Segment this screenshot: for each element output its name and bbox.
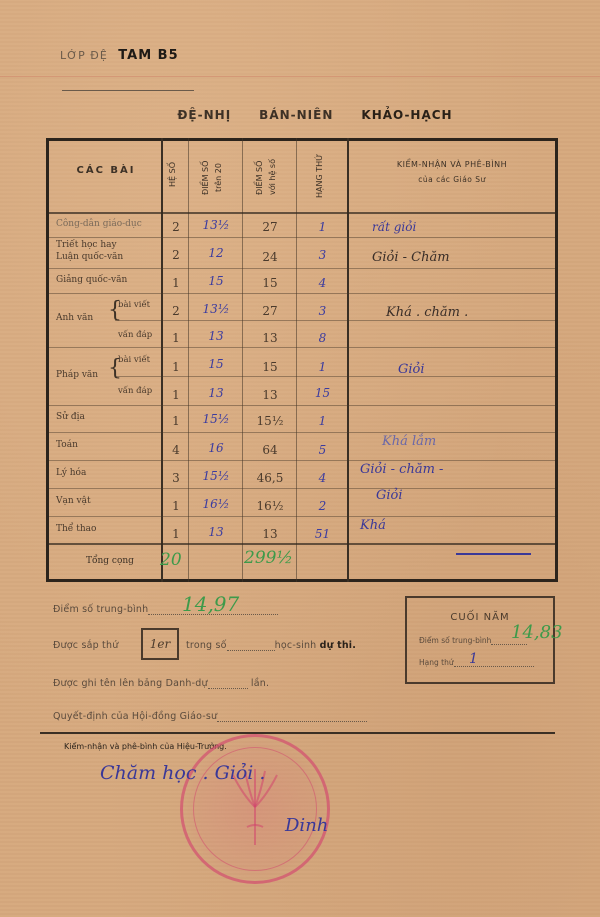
- teacher-comment: Giỏi - chăm -: [360, 462, 443, 477]
- weighted-cell: 64: [246, 443, 294, 457]
- score-cell: 13: [192, 525, 240, 539]
- total-coefficient: 20: [160, 550, 182, 570]
- year-end-rank-value: 1: [469, 651, 478, 667]
- coef-cell: 2: [166, 248, 186, 262]
- title-part: KHẢO-HẠCH: [361, 108, 452, 122]
- class-value: TAM B5: [118, 48, 178, 63]
- weighted-cell: 13: [246, 331, 294, 345]
- coef-cell: 1: [166, 388, 186, 402]
- title-part: ĐỆ-NHỊ: [177, 108, 231, 122]
- score-cell: 13: [192, 329, 240, 343]
- council-label: Quyết-định của Hội-đồng Giáo-sư: [53, 711, 217, 722]
- row-divider: [49, 237, 555, 238]
- council-line: Quyết-định của Hội-đồng Giáo-sư: [53, 711, 367, 722]
- coef-cell: 1: [166, 499, 186, 513]
- page-title: ĐỆ-NHỊ BÁN-NIÊN KHẢO-HẠCH: [150, 108, 480, 122]
- council-blank: [217, 712, 367, 722]
- coef-cell: 1: [166, 527, 186, 541]
- weighted-cell: 24: [246, 250, 294, 264]
- ranked-line: trong sốhọc-sinh dự thi.: [186, 640, 356, 651]
- ranked-blank: [227, 641, 275, 651]
- teacher-comment: Giỏi: [376, 488, 403, 503]
- coef-cell: 1: [166, 331, 186, 345]
- ranked-suffix-bold: dự thi.: [320, 640, 356, 651]
- rank-cell: 1: [300, 360, 345, 374]
- row-divider: [49, 432, 555, 433]
- class-line: LỚP ĐỆ TAM B5: [60, 48, 179, 63]
- total-weighted: 299½: [244, 548, 293, 568]
- weighted-cell: 27: [246, 304, 294, 318]
- average-label: Điểm số trung-bình: [53, 604, 148, 615]
- score-cell: 15: [192, 357, 240, 371]
- coef-cell: 1: [166, 276, 186, 290]
- honor-label: Được ghi tên lên bảng Danh-dự: [53, 678, 208, 689]
- score-cell: 15½: [192, 469, 240, 483]
- weighted-cell: 16½: [246, 499, 294, 513]
- honor-line: Được ghi tên lên bảng Danh-dự lần.: [53, 678, 269, 689]
- ranked-suffix: học-sinh: [275, 640, 317, 651]
- weighted-cell: 13: [246, 388, 294, 402]
- row-divider: [115, 320, 555, 321]
- score-cell: 13: [192, 386, 240, 400]
- coef-cell: 2: [166, 220, 186, 234]
- ranked-among: trong số: [186, 640, 227, 651]
- rank-cell: 51: [300, 527, 345, 541]
- weighted-cell: 15: [246, 276, 294, 290]
- year-end-rank-label: Hạng thứ: [419, 658, 454, 667]
- year-end-average-value: 14,83: [511, 622, 563, 643]
- title-part: BÁN-NIÊN: [259, 108, 333, 122]
- header-divider: [49, 212, 555, 214]
- year-end-rank-blank: [454, 659, 534, 667]
- score-cell: 16½: [192, 497, 240, 511]
- coef-cell: 4: [166, 443, 186, 457]
- subject-label: Lý hóa: [56, 468, 86, 478]
- score-cell: 15: [192, 274, 240, 288]
- blank-rule: [62, 90, 194, 91]
- rank-cell: 2: [300, 499, 345, 513]
- subject-part: bài viết: [118, 355, 150, 365]
- subject-label: Luận quốc-văn: [56, 252, 123, 262]
- rank-cell: 1: [300, 414, 345, 428]
- score-cell: 13½: [192, 302, 240, 316]
- rank-cell: 5: [300, 443, 345, 457]
- coef-cell: 2: [166, 304, 186, 318]
- principal-signature: Dinh: [285, 815, 328, 836]
- rank-cell: 4: [300, 276, 345, 290]
- teacher-comment: Khá: [360, 518, 386, 533]
- signature-underline: [456, 553, 531, 555]
- header-score: ĐIỂM SỐ: [201, 150, 211, 205]
- rank-cell: 1: [300, 220, 345, 234]
- header-subject: CÁC BÀI: [52, 165, 160, 176]
- header-weighted-sub: với hệ số: [268, 150, 278, 205]
- header-coefficient: HỆ SỐ: [168, 150, 178, 200]
- coef-cell: 3: [166, 471, 186, 485]
- subject-label: Toán: [56, 440, 78, 450]
- row-divider: [49, 268, 555, 269]
- class-label: LỚP ĐỆ: [60, 49, 108, 62]
- rank-cell: 3: [300, 248, 345, 262]
- row-divider: [49, 543, 555, 545]
- subject-part: vấn đáp: [118, 330, 152, 340]
- rank-cell: 3: [300, 304, 345, 318]
- teacher-comment: Giỏi: [398, 362, 425, 377]
- subject-label: Giảng quốc-văn: [56, 275, 127, 285]
- subject-part: vấn đáp: [118, 386, 152, 396]
- score-cell: 15½: [192, 412, 240, 426]
- coef-cell: 1: [166, 360, 186, 374]
- subject-label: Vạn vật: [56, 496, 91, 506]
- row-divider: [49, 405, 555, 406]
- subject-label: Công-dân giáo-dục: [56, 219, 142, 229]
- average-value: 14,97: [182, 592, 239, 616]
- year-end-box: CUỐI NĂM Điểm số trung-bình 14,83 Hạng t…: [405, 596, 555, 684]
- weighted-cell: 46,5: [246, 471, 294, 485]
- score-cell: 13½: [192, 218, 240, 232]
- rank-cell: 15: [300, 386, 345, 400]
- ranked-value: 1er: [141, 628, 179, 660]
- row-divider: [49, 460, 555, 461]
- rank-cell: 8: [300, 331, 345, 345]
- subject-label: Anh văn: [56, 313, 93, 323]
- principal-comment: Chăm học . Giỏi .: [100, 762, 265, 784]
- header-comments-title: KIỂM-NHẬN VÀ PHÊ-BÌNH: [397, 160, 507, 169]
- header-weighted: ĐIỂM SỐ: [255, 150, 265, 205]
- weighted-cell: 15½: [246, 414, 294, 428]
- year-end-average-label: Điểm số trung-bình: [419, 636, 491, 645]
- coef-cell: 1: [166, 414, 186, 428]
- subject-label: Triết học hay: [56, 240, 117, 250]
- teacher-comment: Giỏi - Chăm: [372, 250, 450, 265]
- row-divider: [115, 376, 555, 377]
- row-divider: [49, 293, 555, 294]
- teacher-comment: rất giỏi: [372, 220, 416, 234]
- teacher-comment: Khá . chăm .: [386, 305, 468, 320]
- average-line: Điểm số trung-bình: [53, 604, 278, 615]
- section-divider: [40, 732, 555, 734]
- row-divider: [49, 347, 555, 348]
- weighted-cell: 13: [246, 527, 294, 541]
- subject-label: Thể thao: [56, 524, 96, 534]
- total-label: Tổng cọng: [86, 556, 134, 566]
- subject-part: bài viết: [118, 300, 150, 310]
- rank-cell: 4: [300, 471, 345, 485]
- school-seal-stamp: [180, 734, 330, 884]
- subject-label: Sử địa: [56, 412, 85, 422]
- score-cell: 12: [192, 246, 240, 260]
- header-score-sub: trên 20: [214, 150, 224, 205]
- header-comments-sub: của các Giáo Sư: [352, 175, 552, 184]
- honor-blank: [208, 679, 248, 689]
- weighted-cell: 15: [246, 360, 294, 374]
- row-divider: [49, 516, 555, 517]
- honor-suffix: lần.: [251, 678, 269, 689]
- principal-label: Kiểm-nhận và phê-bình của Hiệu-Trưởng.: [64, 742, 227, 751]
- header-comments: KIỂM-NHẬN VÀ PHÊ-BÌNH của các Giáo Sư: [352, 160, 552, 184]
- ranked-label: Được sắp thứ: [53, 640, 118, 651]
- header-rank: HẠNG THỨ: [315, 145, 325, 207]
- weighted-cell: 27: [246, 220, 294, 234]
- teacher-comment: Khá lắm: [382, 434, 436, 449]
- table-border: [555, 138, 558, 582]
- subject-label: Pháp văn: [56, 370, 98, 380]
- row-divider: [49, 488, 555, 489]
- score-cell: 16: [192, 441, 240, 455]
- margin-line: [0, 76, 600, 77]
